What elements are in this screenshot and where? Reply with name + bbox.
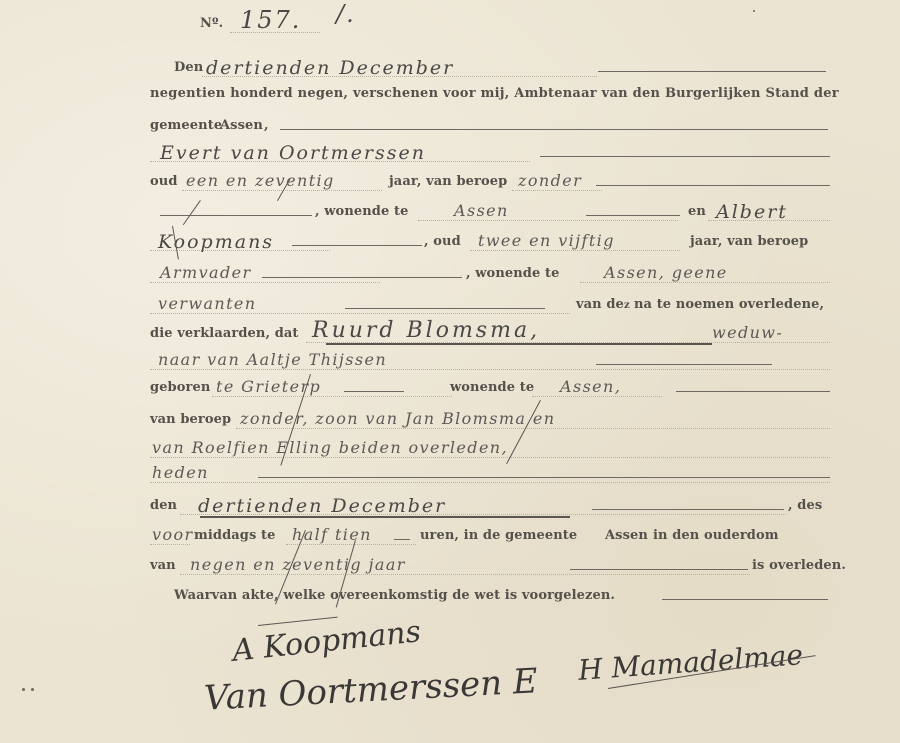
declarant-1-name: Evert van Oortmerssen [160, 142, 426, 164]
deceased-residence: Assen, [560, 377, 621, 396]
printed-text: Waarvan akte, welke overeenkomstig de we… [174, 588, 615, 603]
printed-text: den [150, 498, 177, 513]
printed-text: negentien honderd negen, verschenen voor… [150, 86, 839, 101]
signature-van-oortmerssen: Van Oortmerssen E [203, 661, 538, 718]
printed-text: geboren [150, 380, 210, 395]
fill-rule [676, 391, 830, 392]
fill-rule [344, 391, 404, 392]
paper-speck [753, 10, 755, 12]
document-page: Nº. 157. /. Den dertienden December nege… [0, 0, 900, 743]
fill-rule [596, 364, 772, 365]
deceased-name-underline [326, 343, 712, 345]
record-number: 157. [240, 6, 301, 34]
dotted-fill [470, 250, 680, 251]
printed-text: in den ouderdom [653, 528, 779, 543]
declarant-1-residence: Assen [454, 201, 509, 220]
fill-rule [598, 71, 826, 72]
printed-text: van beroep [150, 412, 231, 427]
dotted-fill [512, 190, 602, 191]
printed-text: Den [174, 60, 203, 75]
printed-text: uren, in de gemeente [420, 528, 577, 543]
dotted-fill [580, 282, 830, 283]
printed-text: oud [150, 174, 178, 189]
pen-stroke [183, 200, 201, 225]
handwritten-date: dertienden December [206, 57, 454, 79]
printed-text: na te noemen overledene, [634, 297, 824, 312]
declarant-2-residence: Assen, geene [604, 263, 728, 282]
municipality-name: Assen [605, 528, 648, 543]
printed-text: van de [576, 297, 624, 312]
printed-text: die verklaarden, dat [150, 326, 299, 341]
spouse-name: naar van Aaltje Thijssen [158, 350, 387, 369]
fill-rule [262, 277, 462, 278]
fill-rule [394, 539, 410, 540]
printed-text: , oud [424, 234, 461, 249]
fill-rule [570, 569, 748, 570]
time-of-day: voor [152, 525, 194, 544]
printed-text: is overleden. [752, 558, 846, 573]
dotted-fill [236, 428, 830, 429]
civil-status: weduw- [712, 323, 783, 342]
declarant-2-first-name: Albert [716, 201, 788, 223]
dotted-fill [180, 574, 750, 575]
printed-text: , des [788, 498, 822, 513]
declarant-2-occupation: Armvader [160, 263, 252, 282]
paper-speck [31, 688, 34, 691]
fill-rule [596, 185, 830, 186]
record-number-mark: /. [336, 0, 356, 28]
dotted-fill [150, 457, 830, 458]
death-date-underline [200, 516, 570, 518]
fill-rule [592, 509, 784, 510]
dotted-fill [212, 396, 452, 397]
heden-text: heden [152, 463, 209, 482]
declarant-1-age: een en zeventig [186, 171, 335, 190]
declarant-2-age: twee en vijftig [478, 231, 615, 250]
death-date: dertienden December [198, 495, 446, 517]
fill-rule [345, 308, 545, 309]
printed-text: jaar, van beroep [389, 174, 507, 189]
signature-koopmans: A Koopmans [231, 614, 423, 669]
printed-text: gemeente [150, 118, 222, 133]
fill-rule [662, 599, 828, 600]
dotted-fill [150, 544, 190, 545]
dotted-fill [418, 220, 678, 221]
relation-statement: verwanten [158, 294, 257, 313]
mother-name: van Roelfien Elling beiden overleden, [152, 438, 508, 457]
record-number-label: Nº. [200, 16, 223, 31]
fill-rule [160, 215, 312, 216]
paper-speck [22, 688, 25, 691]
declarant-1-occupation: zonder [518, 171, 582, 190]
deceased-occupation-and-father: zonder, zoon van Jan Blomsma en [240, 409, 555, 428]
dotted-fill [286, 544, 416, 545]
municipality-name: Assen [220, 118, 263, 133]
fill-rule [258, 477, 830, 478]
printed-text: middags te [194, 528, 276, 543]
printed-text: , wonende te [315, 204, 408, 219]
fill-rule [586, 215, 680, 216]
printed-text: , [264, 118, 269, 133]
dotted-fill [532, 396, 662, 397]
printed-text: van [150, 558, 176, 573]
printed-text: jaar, van beroep [690, 234, 808, 249]
dotted-fill [150, 369, 830, 370]
printed-text: wonende te [450, 380, 534, 395]
fill-rule [280, 129, 828, 130]
deceased-age: negen en zeventig jaar [190, 555, 406, 574]
dotted-fill [150, 482, 830, 483]
deceased-name: Ruurd Blomsma, [312, 318, 540, 343]
printed-mark: z [624, 300, 630, 311]
dotted-fill [150, 282, 380, 283]
fill-rule [292, 245, 422, 246]
printed-text: , wonende te [466, 266, 559, 281]
fill-rule [540, 156, 830, 157]
printed-text: en [688, 204, 706, 219]
dotted-fill [150, 313, 570, 314]
